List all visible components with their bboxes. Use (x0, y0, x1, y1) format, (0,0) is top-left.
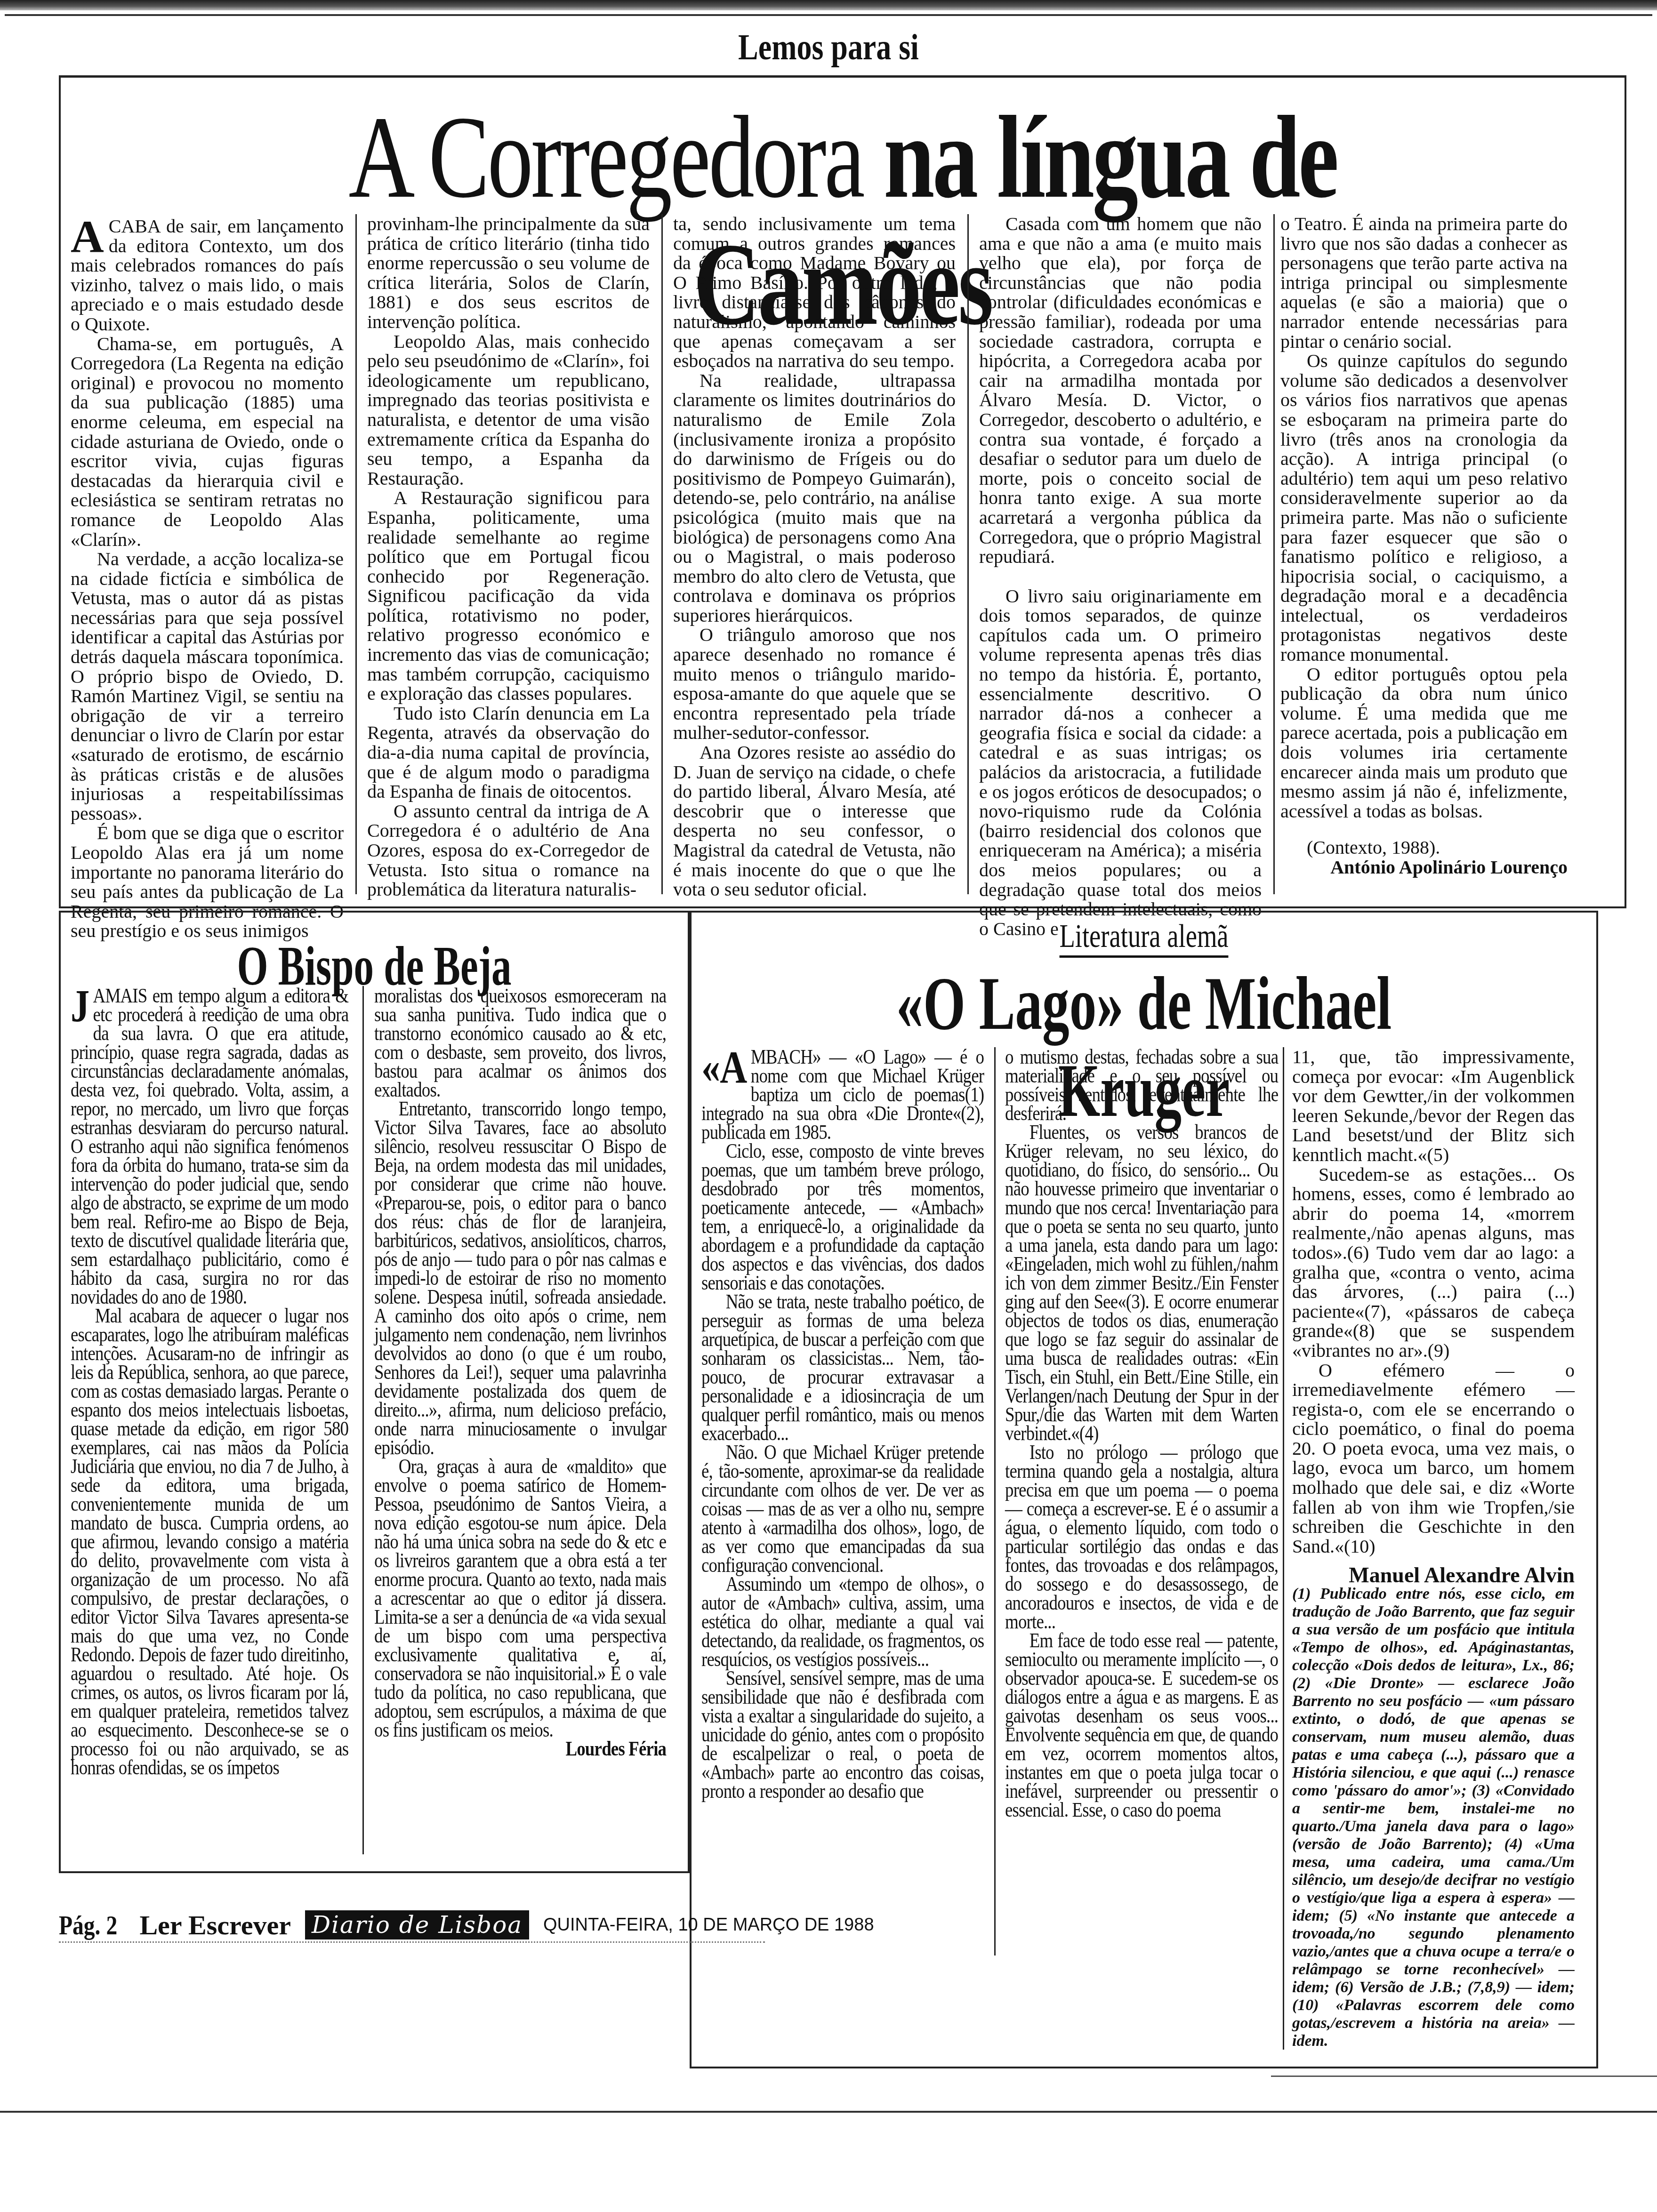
author-byline: António Apolinário Lourenço (1280, 858, 1568, 877)
column-divider (994, 1047, 996, 1956)
paragraph: O editor português optou pela publicação… (1280, 665, 1568, 821)
paragraph: CABA de sair, em lançamento da editora C… (71, 216, 344, 334)
top-rule (5, 14, 1652, 16)
section-name: Ler Escrever (139, 1909, 291, 1941)
author-byline: Lourdes Féria (374, 1739, 666, 1758)
page-number: Pág. 2 (59, 1909, 117, 1941)
footnotes: (1) Publicado entre nós, esse ciclo, em … (1292, 1585, 1575, 2050)
column-divider (1283, 1047, 1284, 2050)
corregedora-column-1: A CABA de sair, em lançamento da editora… (71, 216, 344, 941)
corregedora-column-5: o Teatro. É ainda na primeira parte do l… (1280, 214, 1568, 877)
paragraph: Sucedem-se as estações... Os homens, ess… (1292, 1165, 1575, 1361)
newspaper-masthead: Diario de Lisboa (305, 1910, 529, 1940)
paragraph: Na realidade, ultrapassa claramente os l… (673, 371, 956, 625)
dropcap: «A (701, 1049, 747, 1086)
bottom-rule (0, 2111, 1657, 2113)
paragraph: Na verdade, a acção localiza-se na cidad… (71, 549, 344, 823)
scan-top-edge (0, 0, 1657, 10)
source-note: (Contexto, 1988). (1280, 838, 1568, 858)
paragraph: O triângulo amoroso que nos aparece dese… (673, 625, 956, 743)
lago-column-3: 11, que, tão impressivamente, começa por… (1292, 1047, 1575, 2050)
paragraph: o Teatro. É ainda na primeira parte do l… (1280, 214, 1568, 351)
paragraph: 11, que, tão impressivamente, começa por… (1292, 1047, 1575, 1165)
dropcap: A (71, 218, 104, 255)
paragraph: Mal acabara de aquecer o lugar nos escap… (71, 1306, 348, 1777)
bispo-column-1: J AMAIS em tempo algum a editora & etc p… (71, 986, 348, 1777)
paragraph: AMAIS em tempo algum a editora & etc pro… (71, 986, 348, 1306)
paragraph: Ciclo, esse, composto de vinte breves po… (701, 1141, 984, 1292)
paragraph: Não. O que Michael Krüger pretende é, tã… (701, 1443, 984, 1574)
paragraph: Assumindo um «tempo de olhos», o autor d… (701, 1574, 984, 1668)
corregedora-column-4: Casada com um homem que não ama e que nã… (979, 214, 1262, 938)
column-divider (1273, 214, 1275, 894)
paragraph: Fluentes, os versos brancos de Krüger re… (1005, 1122, 1278, 1443)
article-lago-kicker: Literatura alemã (789, 918, 1498, 955)
paragraph: Casada com um homem que não ama e que nã… (979, 214, 1262, 567)
paragraph: A Restauração significou para Espanha, p… (367, 488, 650, 704)
paragraph: O livro saiu originariamente em dois tom… (979, 586, 1262, 939)
kicker-text: Literatura alemã (1059, 918, 1228, 958)
paragraph: Em face de todo esse real — patente, sem… (1005, 1631, 1278, 1819)
column-divider (355, 214, 357, 894)
paragraph: Ana Ozores resiste ao assédio do D. Juan… (673, 743, 956, 899)
author-byline: Manuel Alexandre Alvin (1292, 1565, 1575, 1585)
corregedora-column-3: ta, sendo inclusivamente um tema comum a… (673, 214, 956, 899)
section-header: Lemos para si (149, 26, 1508, 68)
lago-column-1: «A MBACH» — «O Lago» — é o nome com que … (701, 1047, 984, 1800)
paragraph: Chama-se, em português, A Corregedora (L… (71, 334, 344, 550)
paragraph: Sensível, sensível sempre, mas de uma se… (701, 1668, 984, 1800)
paragraph: Entretanto, transcorrido longo tempo, Vi… (374, 1099, 666, 1457)
column-divider (661, 214, 663, 894)
paragraph: provinham-lhe principalmente da sua prát… (367, 214, 650, 332)
corregedora-column-2: provinham-lhe principalmente da sua prát… (367, 214, 650, 899)
paragraph: ta, sendo inclusivamente um tema comum a… (673, 214, 956, 371)
title-regular: A Corregedora (348, 92, 862, 223)
paragraph: O efémero — o irremediavelmente efémero … (1292, 1361, 1575, 1556)
bispo-column-2: moralistas dos queixosos esmoreceram na … (374, 986, 666, 1758)
column-divider (967, 214, 969, 894)
lago-column-2: o mutismo destas, fechadas sobre a sua m… (1005, 1047, 1278, 1819)
issue-date: QUINTA-FEIRA, 10 DE MARÇO DE 1988 (543, 1915, 874, 1935)
page-footer: Pág. 2 Ler Escrever Diario de Lisboa QUI… (59, 1911, 874, 1939)
dropcap: J (71, 988, 89, 1025)
paragraph: Ora, graças à aura de «maldito» que envo… (374, 1457, 666, 1739)
paragraph: O assunto central da intriga de A Correg… (367, 801, 650, 899)
paragraph: Isto no prólogo — prólogo que termina qu… (1005, 1443, 1278, 1631)
paragraph: moralistas dos queixosos esmoreceram na … (374, 986, 666, 1099)
paragraph: Não se trata, neste trabalho poético, de… (701, 1292, 984, 1443)
bottom-rule (1271, 2076, 1657, 2077)
paragraph: o mutismo destas, fechadas sobre a sua m… (1005, 1047, 1278, 1122)
paragraph: Os quinze capítulos do segundo volume sã… (1280, 351, 1568, 665)
paragraph: Leopoldo Alas, mais conhecido pelo seu p… (367, 332, 650, 489)
column-divider (362, 986, 364, 1854)
paragraph: Tudo isto Clarín denuncia em La Regenta,… (367, 704, 650, 801)
scan-noise (59, 1941, 765, 1947)
